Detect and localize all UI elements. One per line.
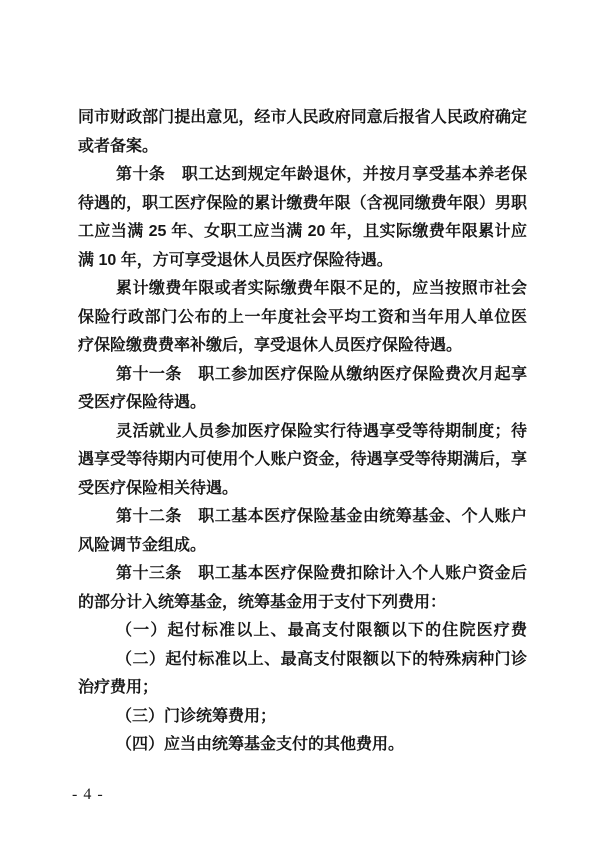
text-line: 累计缴费年限或者实际缴费年限不足的，应当按照市社会: [78, 275, 527, 304]
text-line-item-2: （二）起付标准以上、最高支付限额以下的特殊病种门诊: [78, 646, 527, 675]
page-number: - 4 -: [72, 786, 104, 804]
text-line: 待遇的，职工医疗保险的累计缴费年限（含视同缴费年限）男职: [78, 190, 527, 219]
text-line: 灵活就业人员参加医疗保险实行待遇享受等待期制度；待: [78, 418, 527, 447]
text-line: 疗保险缴费费率补缴后，享受退休人员医疗保险待遇。: [78, 332, 527, 361]
document-body: 同市财政部门提出意见，经市人民政府同意后报省人民政府确定 或者备案。 第十条 职…: [78, 104, 527, 760]
text-line: 风险调节金组成。: [78, 532, 527, 561]
text-line: 同市财政部门提出意见，经市人民政府同意后报省人民政府确定: [78, 104, 527, 133]
text-line: 受医疗保险待遇。: [78, 389, 527, 418]
text-line-article-11: 第十一条 职工参加医疗保险从缴纳医疗保险费次月起享: [78, 361, 527, 390]
text-line: 保险行政部门公布的上一年度社会平均工资和当年用人单位医: [78, 304, 527, 333]
text-line-article-13: 第十三条 职工基本医疗保险费扣除计入个人账户资金后: [78, 560, 527, 589]
text-line: 治疗费用；: [78, 674, 527, 703]
text-line: 工应当满 25 年、女职工应当满 20 年，且实际缴费年限累计应当: [78, 218, 527, 247]
text-line-item-3: （三）门诊统筹费用；: [78, 703, 527, 732]
text-line-article-12: 第十二条 职工基本医疗保险基金由统筹基金、个人账户和: [78, 503, 527, 532]
text-line-article-10: 第十条 职工达到规定年龄退休，并按月享受基本养老保险: [78, 161, 527, 190]
text-line: 满 10 年，方可享受退休人员医疗保险待遇。: [78, 247, 527, 276]
document-page: 同市财政部门提出意见，经市人民政府同意后报省人民政府确定 或者备案。 第十条 职…: [0, 0, 600, 849]
text-line: 或者备案。: [78, 133, 527, 162]
text-line: 受医疗保险相关待遇。: [78, 475, 527, 504]
text-line: 的部分计入统筹基金，统筹基金用于支付下列费用：: [78, 589, 527, 618]
text-line: 遇享受等待期内可使用个人账户资金，待遇享受等待期满后，享: [78, 446, 527, 475]
text-line-item-1: （一）起付标准以上、最高支付限额以下的住院医疗费用；: [78, 617, 527, 646]
text-line-item-4: （四）应当由统筹基金支付的其他费用。: [78, 731, 527, 760]
